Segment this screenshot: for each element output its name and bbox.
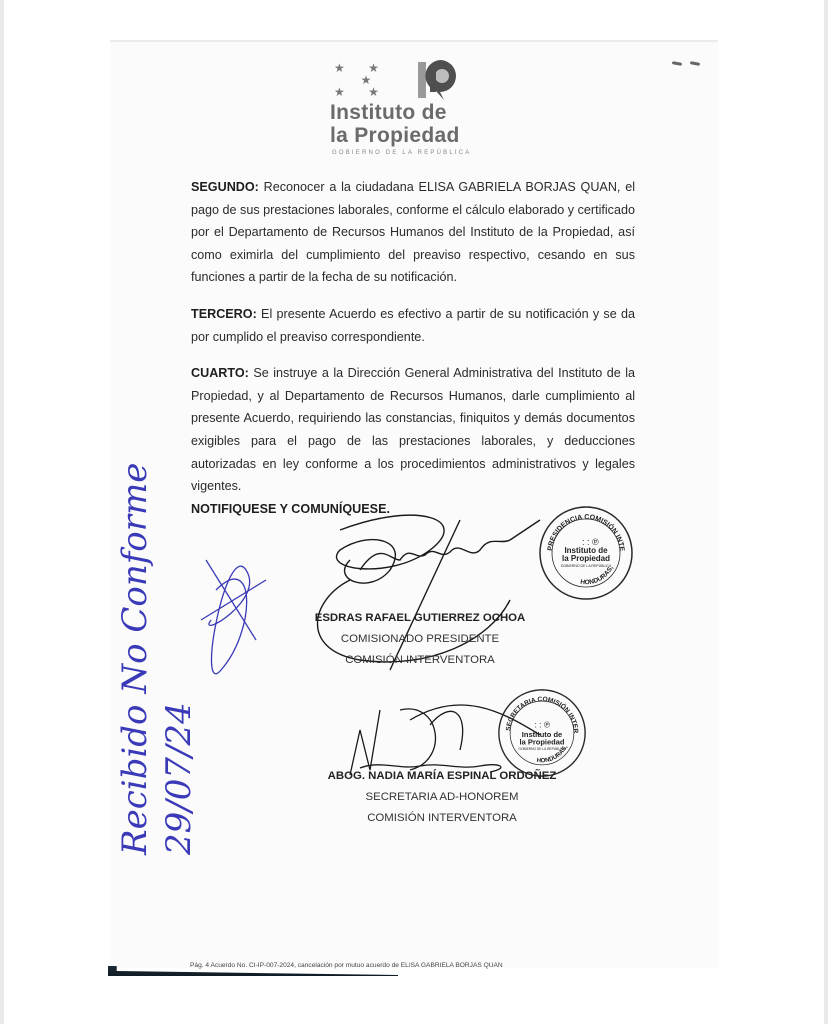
signatory-name: ABOG. NADIA MARÍA ESPINAL ORDOÑEZ	[292, 766, 592, 787]
seal-center-line2: la Propiedad	[562, 554, 610, 563]
scan-marks	[672, 52, 708, 70]
seal-logo-icon: : : ℗	[582, 537, 599, 547]
handwritten-line1: Recibido No Conforme	[115, 463, 155, 856]
signatory-organization: COMISIÓN INTERVENTORA	[292, 808, 592, 829]
ip-pin-logo-icon	[418, 58, 464, 102]
paragraph-text: El presente Acuerdo es efectivo a partir…	[191, 307, 635, 344]
handwritten-signature	[201, 560, 266, 674]
star-cluster-icon: ★ ★ ★★ ★	[334, 62, 389, 98]
signature-block-president: ESDRAS RAFAEL GUTIERREZ OCHOA COMISIONAD…	[300, 608, 540, 671]
paragraph-text: Reconocer a la ciudadana ELISA GABRIELA …	[191, 180, 635, 284]
paragraph-heading: TERCERO:	[191, 307, 257, 321]
official-seal-presidency: PRESIDENCIA COMISIÓN INTERVENTORA HONDUR…	[538, 505, 634, 601]
page-footer: Pág. 4 Acuerdo No. CI-IP-007-2024, cance…	[190, 962, 503, 969]
document-body: SEGUNDO: Reconocer a la ciudadana ELISA …	[191, 176, 635, 520]
signatory-title: COMISIONADO PRESIDENTE	[300, 629, 540, 650]
seal-bottom-text: HONDURAS, C.A.	[536, 500, 616, 586]
handwritten-line2: 29/07/24	[159, 702, 199, 856]
institution-name-line1: Instituto de	[330, 102, 500, 123]
signatory-organization: COMISIÓN INTERVENTORA	[300, 650, 540, 671]
signatory-title: SECRETARIA AD-HONOREM	[292, 787, 592, 808]
institution-logo: ★ ★ ★★ ★ Instituto de la Propiedad GOBIE…	[330, 58, 500, 156]
paragraph-heading: CUARTO:	[191, 366, 249, 380]
institution-name-line2: la Propiedad	[330, 125, 500, 146]
paragraph-tercero: TERCERO: El presente Acuerdo es efectivo…	[191, 303, 635, 348]
signature-block-secretary: ABOG. NADIA MARÍA ESPINAL ORDOÑEZ SECRET…	[292, 766, 592, 829]
institution-subtitle: GOBIERNO DE LA REPÚBLICA	[332, 150, 500, 156]
paragraph-segundo: SEGUNDO: Reconocer a la ciudadana ELISA …	[191, 176, 635, 289]
seal-center-line2: la Propiedad	[519, 737, 564, 746]
seal-bottom-text: HONDURAS, C.A.	[495, 683, 570, 764]
seal-logo-icon: : : ℗	[535, 719, 551, 729]
seal-center-line3: GOBIERNO DE LA REPÚBLICA	[561, 564, 612, 568]
seal-center-line3: GOBIERNO DE LA REPÚBLICA	[518, 746, 566, 751]
paragraph-heading: SEGUNDO:	[191, 180, 259, 194]
svg-text:HONDURAS, C.A.: HONDURAS, C.A.	[495, 683, 570, 764]
svg-text:HONDURAS, C.A.: HONDURAS, C.A.	[536, 500, 616, 586]
handwritten-receipt-note: Recibido No Conforme 29/07/24	[106, 470, 266, 870]
signatory-name: ESDRAS RAFAEL GUTIERREZ OCHOA	[300, 608, 540, 629]
official-seal-secretary: SECRETARIA COMISIÓN INTERVENTORA HONDURA…	[497, 688, 587, 778]
